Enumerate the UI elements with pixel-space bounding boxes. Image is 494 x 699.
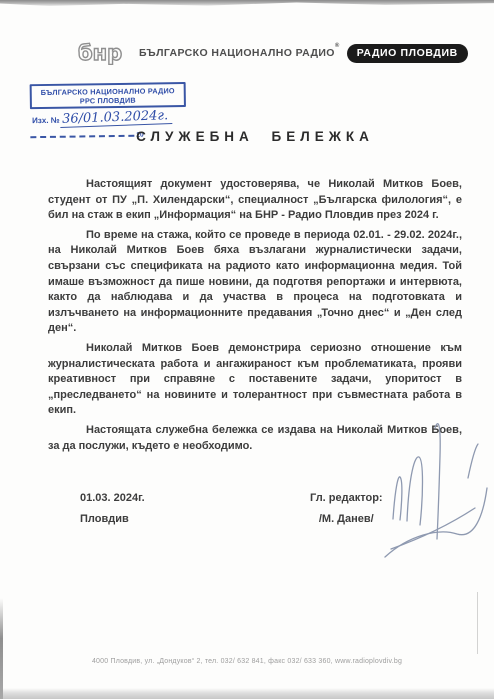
signatory-block: Гл. редактор: /М. Данев/ [310,492,383,534]
document-page: бнр БЪЛГАРСКО НАЦИОНАЛНО РАДИО® РАДИО ПЛ… [0,0,494,699]
handwritten-signature [378,416,494,571]
stamp-ref-label: Изх. № [32,116,60,127]
signatory-role: Гл. редактор: [310,492,383,504]
stamp-ref-handwritten: 36/01.03.2024г. [59,109,172,128]
scan-artifact-right-crease [477,592,478,654]
body-paragraph: Николай Митков Боев демонстрира сериозно… [48,341,462,419]
stamp-box: БЪЛГАРСКО НАЦИОНАЛНО РАДИО РРС ПЛОВДИВ [30,82,186,109]
scan-artifact-top [0,0,494,7]
station-badge: РАДИО ПЛОВДИВ [347,44,468,63]
bnr-logo-text: бнр [78,41,122,65]
footer-contact-line: 4000 Пловдив, ул. „Дондуков“ 2, тел. 032… [0,658,494,665]
bnr-logo: бнр [76,41,132,65]
registered-mark: ® [335,43,340,49]
document-title: СЛУЖЕБНА БЕЛЕЖКА [0,129,494,144]
stamp-ref-line: Изх. № 36/01.03.2024г. [32,110,202,127]
body-paragraph: По време на стажа, който се проведе в пе… [48,228,462,337]
scan-artifact-bottom [0,688,494,699]
body-paragraph: Настоящият документ удостоверява, че Ник… [48,177,462,224]
document-city: Пловдив [80,513,145,525]
signatory-name: /М. Данев/ [310,513,383,525]
org-name: БЪЛГАРСКО НАЦИОНАЛНО РАДИО® [139,47,340,59]
date-place-block: 01.03. 2024г. Пловдив [80,492,145,534]
scan-artifact-left-edge [0,598,3,699]
letterhead: бнр БЪЛГАРСКО НАЦИОНАЛНО РАДИО® РАДИО ПЛ… [76,41,468,65]
document-date: 01.03. 2024г. [80,492,145,504]
